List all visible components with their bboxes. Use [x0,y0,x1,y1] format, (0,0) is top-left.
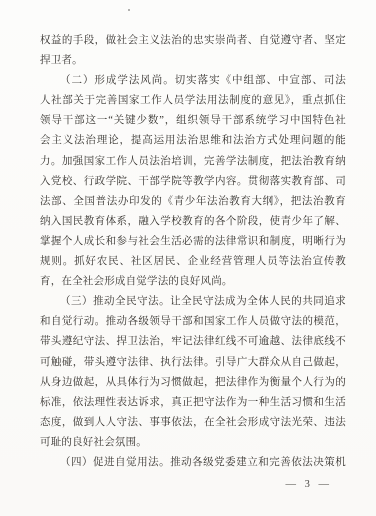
scan-speck [128,9,130,11]
text-line: 规则。抓好农民、社区居民、企业经营管理人员等法治宣传教 [40,252,346,272]
text-line: 育，在全社会形成自觉学法的良好风尚。 [40,272,346,292]
document-body: 权益的手段，做社会主义法治的忠实崇尚者、自觉遵守者、坚定 捍卫者。 （二）形成学… [40,31,346,473]
text-line: 纳入国民教育体系，融入学校教育的各个阶段，使青少年了解、 [40,212,346,232]
text-line: 力。加强国家工作人员法治培训，完善学法制度，把法治教育纳 [40,152,346,172]
text-line: （四）促进自觉用法。推动各级党委建立和完善依法决策机 [40,453,346,473]
text-line: 可耻的良好社会氛围。 [40,433,346,453]
text-line: 和自觉行动。推动各级领导干部和国家工作人员做守法的模范， [40,312,346,332]
text-line: 会主义法治理论，提高运用法治思维和法治方式处理问题的能 [40,131,346,151]
document-page: 权益的手段，做社会主义法治的忠实崇尚者、自觉遵守者、坚定 捍卫者。 （二）形成学… [0,0,376,516]
text-line: 权益的手段，做社会主义法治的忠实崇尚者、自觉遵守者、坚定 [40,31,346,51]
text-line: （二）形成学法风尚。切实落实《中组部、中宣部、司法部、 [40,71,346,91]
page-number: — 3 — [286,479,333,490]
text-line: 带头遵纪守法、捍卫法治，牢记法律红线不可逾越、法律底线不 [40,332,346,352]
text-line: 从身边做起，从具体行为习惯做起，把法律作为衡量个人行为的 [40,373,346,393]
text-line: 捍卫者。 [40,51,346,71]
text-line: 可触碰，带头遵守法律、执行法律。引导广大群众从自己做起， [40,353,346,373]
text-line: 掌握个人成长和参与社会生活必需的法律常识和制度，明晰行为 [40,232,346,252]
text-line: 入党校、行政学院、干部学院等教学内容。贯彻落实教育部、司 [40,172,346,192]
text-line: 法部、全国普法办印发的《青少年法治教育大纲》，把法治教育 [40,192,346,212]
text-line: 态度，做到人人守法、事事依法，在全社会形成守法光荣、违法 [40,413,346,433]
text-line: （三）推动全民守法。让全民守法成为全体人民的共同追求 [40,292,346,312]
text-line: 标准，依法理性表达诉求，真正把守法作为一种生活习惯和生活 [40,393,346,413]
text-line: 人社部关于完善国家工作人员学法用法制度的意见》，重点抓住 [40,91,346,111]
text-line: 领导干部这一“关键少数”，组织领导干部系统学习中国特色社 [40,111,346,131]
